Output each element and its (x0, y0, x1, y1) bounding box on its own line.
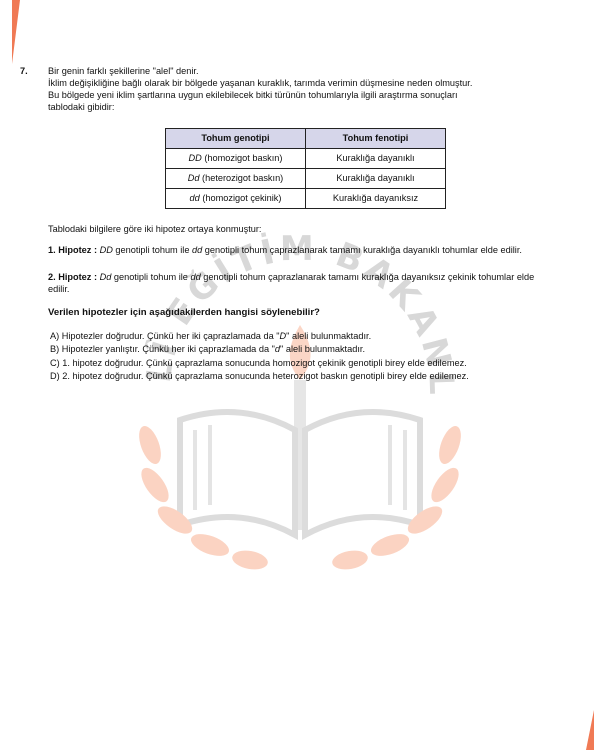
hypothesis-intro: Tablodaki bilgilere göre iki hipotez ort… (48, 224, 261, 236)
question-intro: Bir genin farklı şekillerine "alel" deni… (48, 66, 580, 114)
option-d[interactable]: D) 2. hipotez doğrudur. Çünkü çaprazlama… (50, 371, 469, 384)
genotype-desc: (homozigot çekinik) (200, 193, 282, 203)
option-text: C) 1. hipotez doğrudur. Çünkü çaprazlama… (50, 358, 467, 368)
hypothesis-sep: : (91, 245, 99, 255)
genotype-symbol: dd (192, 245, 202, 255)
intro-line: İklim değişikliğine bağlı olarak bir böl… (48, 78, 580, 90)
intro-line: Bu bölgede yeni iklim şartlarına uygun e… (48, 90, 580, 102)
option-text: " aleli bulunmaktadır. (286, 331, 371, 341)
table-row: dd (homozigot çekinik) Kuraklığa dayanık… (166, 189, 446, 209)
phenotype-cell: Kuraklığa dayanıksız (306, 189, 446, 209)
table-row: Dd (heterozigot baskın) Kuraklığa dayanı… (166, 169, 446, 189)
hypothesis-sep: : (91, 272, 99, 282)
answer-options: A) Hipotezler doğrudur. Çünkü her iki ça… (50, 331, 469, 385)
option-text: B) Hipotezler yanlıştır. Çünkü her iki ç… (50, 344, 275, 354)
option-a[interactable]: A) Hipotezler doğrudur. Çünkü her iki ça… (50, 331, 469, 344)
genotype-symbol: Dd (188, 173, 200, 183)
intro-line: tablodaki gibidir: (48, 102, 580, 114)
option-text: A) Hipotezler doğrudur. Çünkü her iki ça… (50, 331, 280, 341)
hypothesis-label: 2. Hipotez (48, 272, 91, 282)
genotype-symbol: dd (190, 272, 200, 282)
column-header-phenotype: Tohum fenotipi (306, 129, 446, 149)
corner-accent-icon (0, 0, 30, 70)
table-row: DD (homozigot baskın) Kuraklığa dayanıkl… (166, 149, 446, 169)
question-number: 7. (20, 66, 28, 78)
genotype-symbol: Dd (100, 272, 112, 282)
hypothesis-text: genotipli tohum ile (111, 272, 190, 282)
option-text: " aleli bulunmaktadır. (280, 344, 365, 354)
phenotype-cell: Kuraklığa dayanıklı (306, 169, 446, 189)
genotype-desc: (heterozigot baskın) (199, 173, 283, 183)
genotype-cell: dd (homozigot çekinik) (166, 189, 306, 209)
genotype-symbol: DD (100, 245, 113, 255)
option-b[interactable]: B) Hipotezler yanlıştır. Çünkü her iki ç… (50, 344, 469, 357)
genotype-phenotype-table: Tohum genotipi Tohum fenotipi DD (homozi… (165, 128, 446, 209)
hypothesis-text: genotipli tohum ile (113, 245, 192, 255)
genotype-cell: DD (homozigot baskın) (166, 149, 306, 169)
question-7: 7. Bir genin farklı şekillerine "alel" d… (20, 66, 580, 114)
corner-accent-icon (574, 710, 594, 750)
hypothesis-text: genotipli tohum çaprazlanarak tamamı kur… (202, 245, 522, 255)
genotype-desc: (homozigot baskın) (202, 153, 283, 163)
intro-line: Bir genin farklı şekillerine "alel" deni… (48, 66, 580, 78)
option-text: D) 2. hipotez doğrudur. Çünkü çaprazlama… (50, 371, 469, 381)
phenotype-cell: Kuraklığa dayanıklı (306, 149, 446, 169)
hypothesis-1: 1. Hipotez : DD genotipli tohum ile dd g… (48, 245, 538, 257)
genotype-cell: Dd (heterozigot baskın) (166, 169, 306, 189)
genotype-symbol: DD (189, 153, 202, 163)
meb-watermark-logo-icon: MİLLÎ EĞİTİM BAKANLIĞI (110, 215, 490, 575)
hypothesis-2: 2. Hipotez : Dd genotipli tohum ile dd g… (48, 272, 538, 296)
table-header-row: Tohum genotipi Tohum fenotipi (166, 129, 446, 149)
genotype-symbol: dd (190, 193, 200, 203)
column-header-genotype: Tohum genotipi (166, 129, 306, 149)
option-c[interactable]: C) 1. hipotez doğrudur. Çünkü çaprazlama… (50, 358, 469, 371)
question-prompt: Verilen hipotezler için aşağıdakilerden … (48, 307, 320, 319)
hypothesis-label: 1. Hipotez (48, 245, 91, 255)
